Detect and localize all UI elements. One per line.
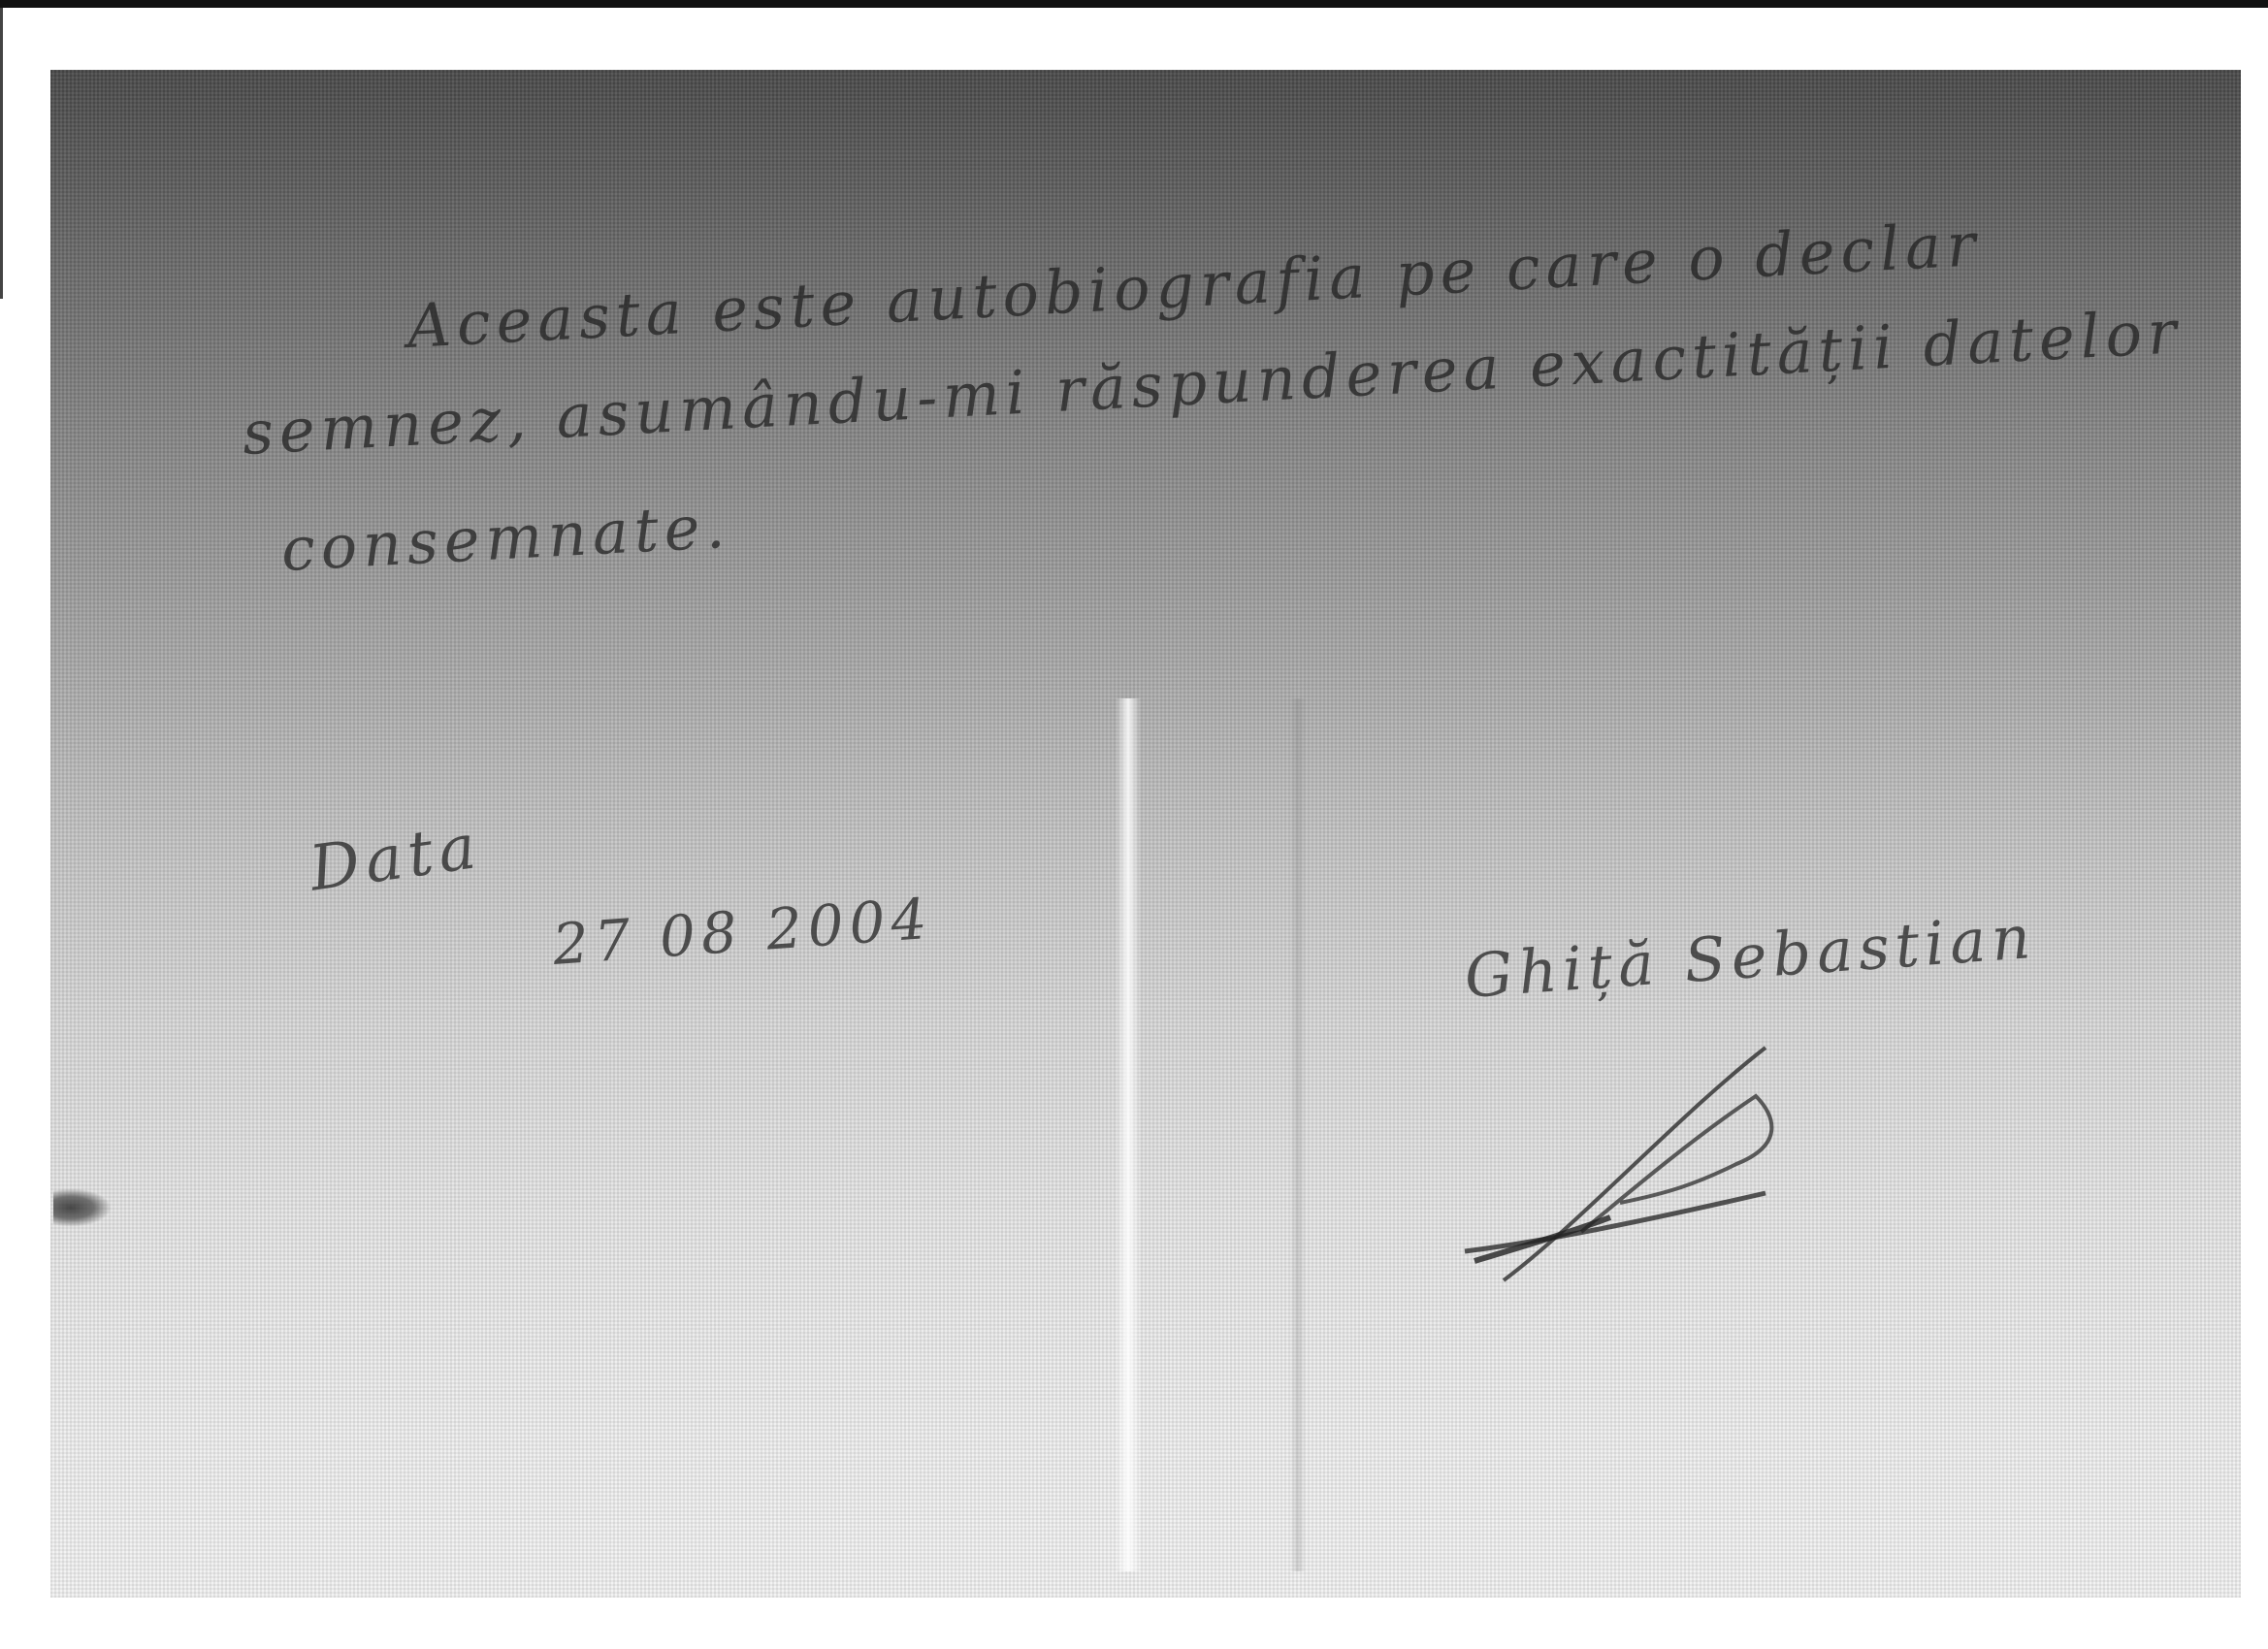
scan-top-border	[0, 0, 2268, 8]
scan-left-border	[0, 8, 3, 299]
paper-fold-shadow	[1290, 698, 1306, 1571]
paper-fold-crease	[1116, 698, 1141, 1571]
signature-icon	[1445, 1038, 1853, 1290]
scan-artifact-mark	[53, 1188, 112, 1227]
